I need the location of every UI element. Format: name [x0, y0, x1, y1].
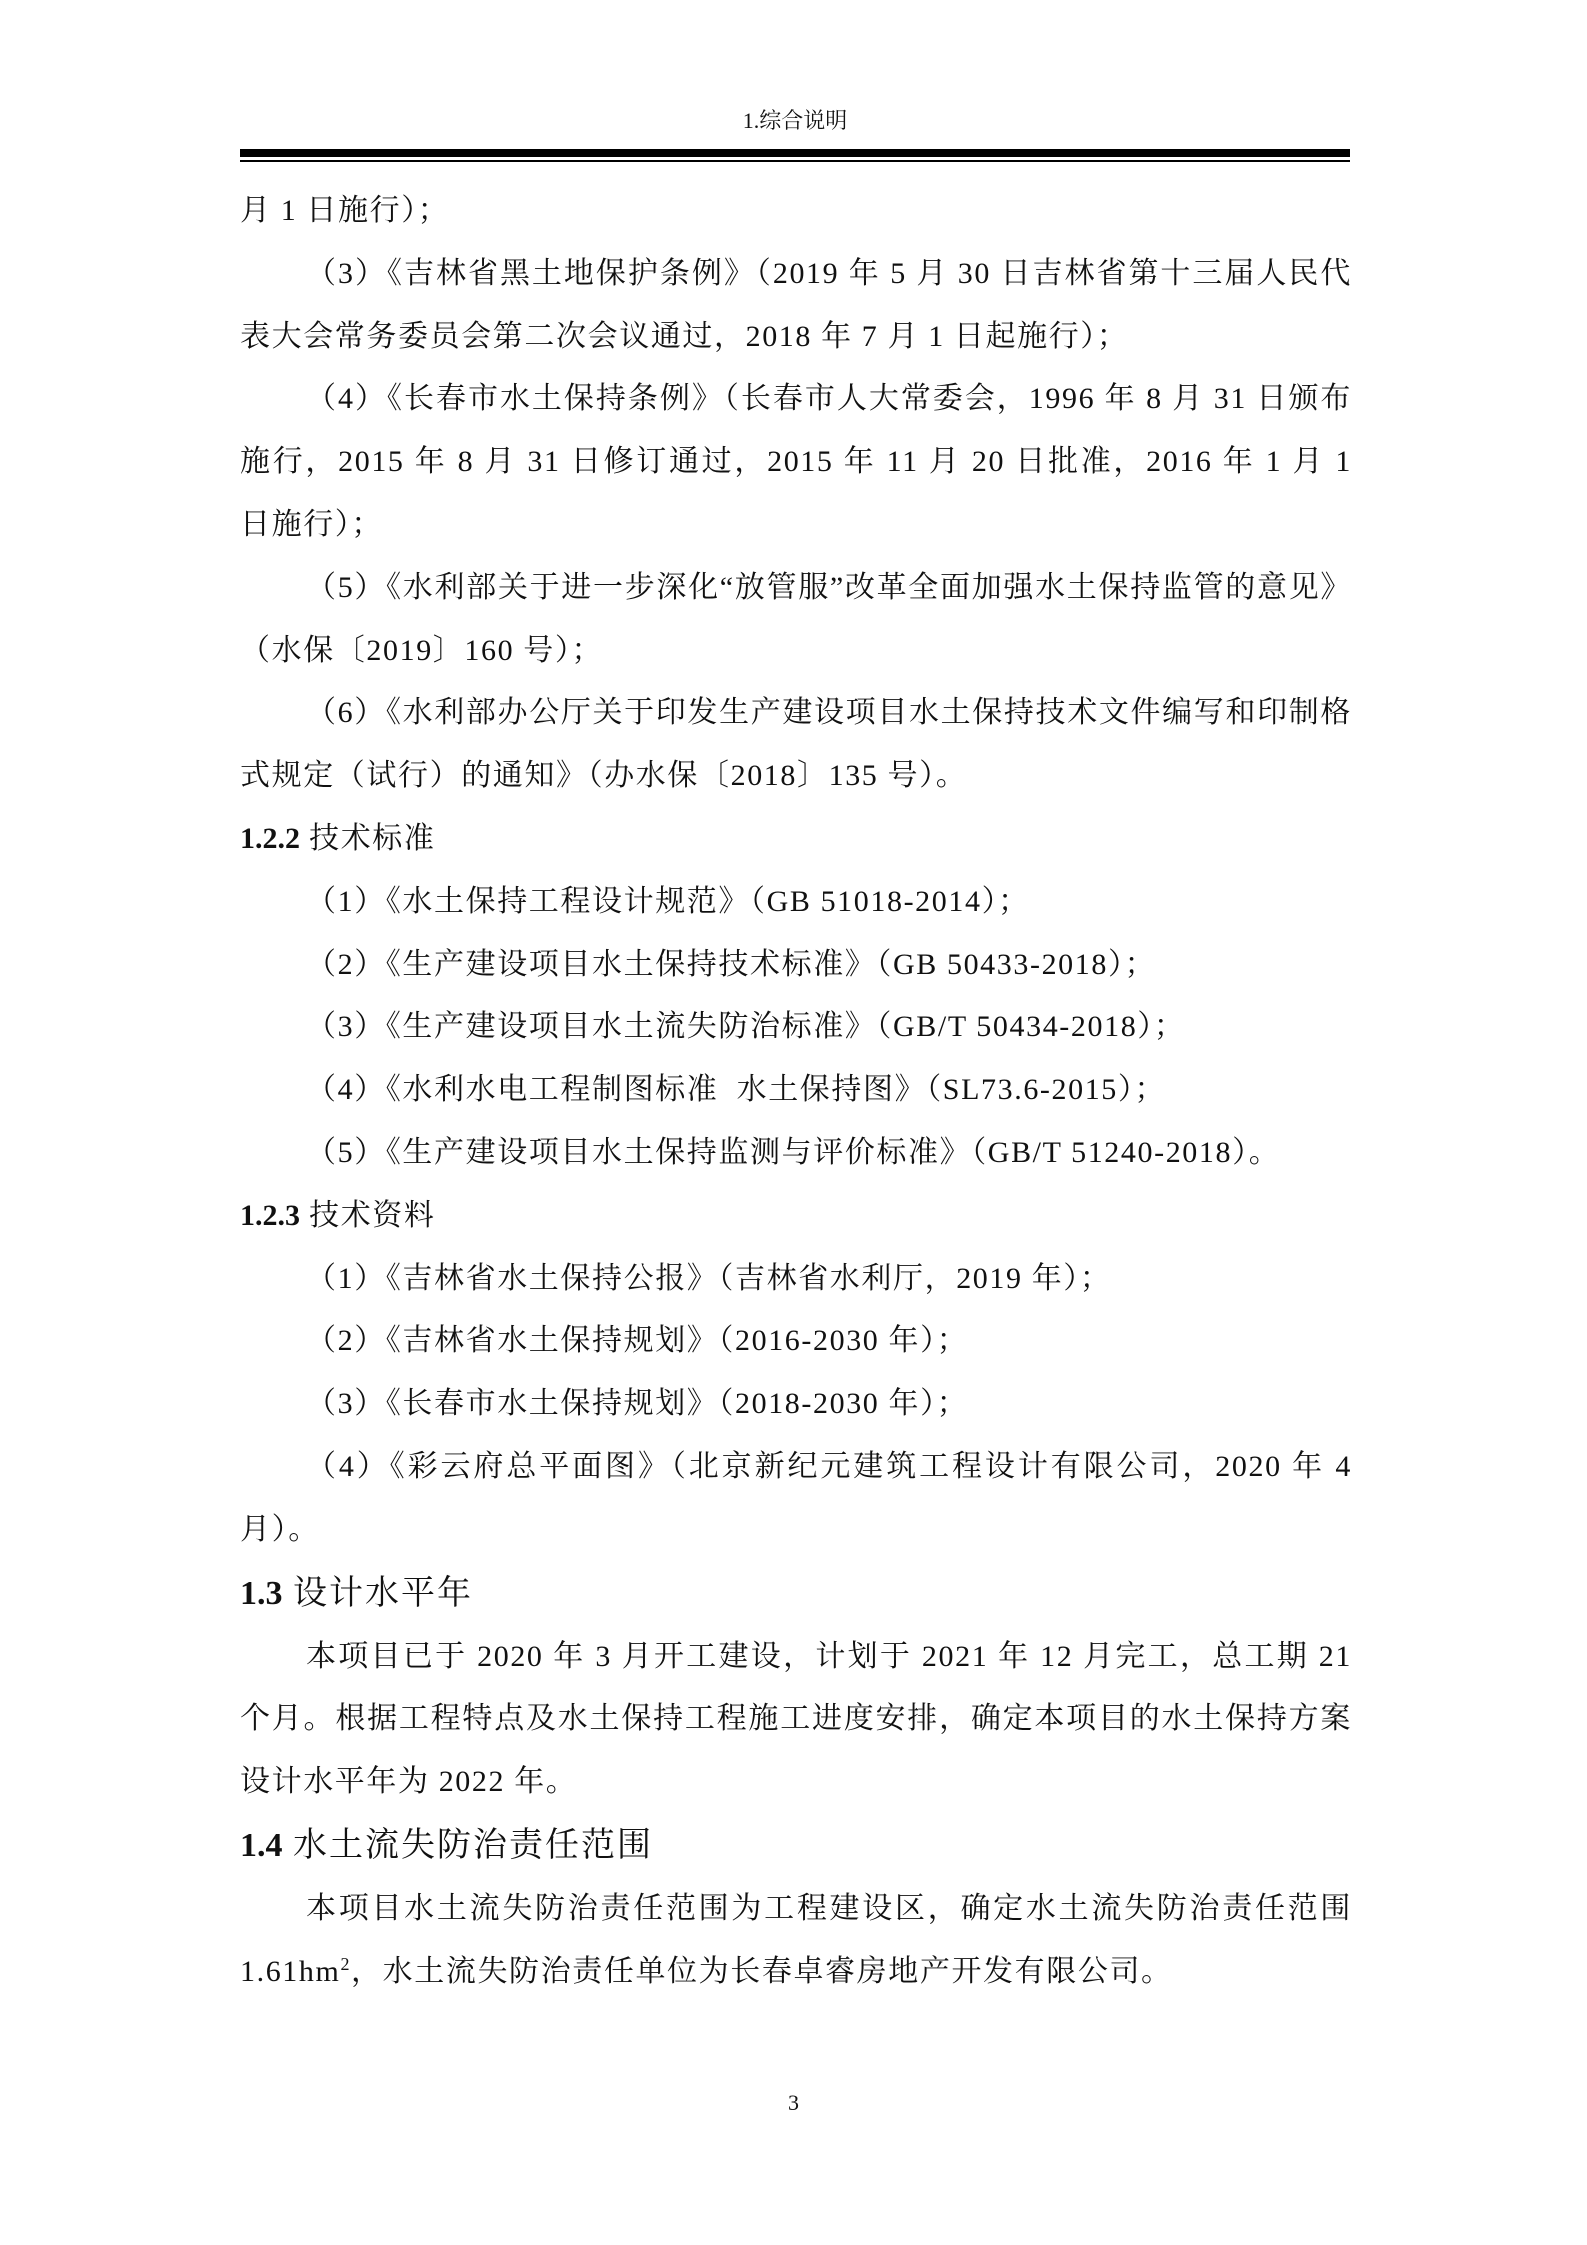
item-label: （4） — [306, 382, 387, 415]
item-label: （4） — [306, 1450, 390, 1483]
section-number: 1.2.3 — [240, 1199, 300, 1232]
item-label: （3） — [306, 1387, 386, 1420]
item-text: 《生产建设项目水土保持技术标准》（GB 50433-2018）； — [386, 948, 1156, 981]
responsibility-scope-paragraph: 本项目水土流失防治责任范围为工程建设区，确定水土流失防治责任范围 1.61hm2… — [240, 1878, 1352, 2004]
reference-item-2: （2）《吉林省水土保持规划》（2016-2030 年）； — [240, 1310, 1352, 1373]
item-text: 《水利水电工程制图标准 水土保持图》（SL73.6-2015）； — [386, 1073, 1166, 1106]
item-label: （6） — [306, 696, 386, 729]
standard-item-3: （3）《生产建设项目水土流失防治标准》（GB/T 50434-2018）； — [240, 996, 1352, 1059]
item-text: 《吉林省水土保持规划》（2016-2030 年）； — [386, 1324, 969, 1357]
regulation-item-3: （3）《吉林省黑土地保护条例》（2019 年 5 月 30 日吉林省第十三届人民… — [240, 243, 1352, 369]
standard-item-2: （2）《生产建设项目水土保持技术标准》（GB 50433-2018）； — [240, 934, 1352, 997]
paragraph-text: ，水土流失防治责任单位为长春卓睿房地产开发有限公司。 — [351, 1955, 1173, 1988]
standard-item-4: （4）《水利水电工程制图标准 水土保持图》（SL73.6-2015）； — [240, 1059, 1352, 1122]
page-body: 月 1 日施行）； （3）《吉林省黑土地保护条例》（2019 年 5 月 30 … — [240, 180, 1352, 2004]
section-number: 1.2.2 — [240, 822, 300, 855]
reference-item-4: （4）《彩云府总平面图》（北京新纪元建筑工程设计有限公司，2020 年 4 月）… — [240, 1436, 1352, 1562]
section-heading-1-2-3: 1.2.3 技术资料 — [240, 1185, 1352, 1248]
item-label: （5） — [306, 571, 386, 604]
item-text: 《水利部关于进一步深化“放管服”改革全面加强水土保持监管的意见》（水保〔2019… — [240, 571, 1352, 667]
item-label: （2） — [306, 1324, 386, 1357]
header-rule-thin — [240, 160, 1350, 162]
item-label: （3） — [306, 1010, 386, 1043]
reference-item-1: （1）《吉林省水土保持公报》（吉林省水利厅，2019 年）； — [240, 1248, 1352, 1311]
design-year-paragraph: 本项目已于 2020 年 3 月开工建设，计划于 2021 年 12 月完工，总… — [240, 1626, 1352, 1814]
item-label: （1） — [306, 885, 386, 918]
item-label: （1） — [306, 1262, 386, 1295]
regulation-item-6: （6）《水利部办公厅关于印发生产建设项目水土保持技术文件编写和印制格式规定（试行… — [240, 682, 1352, 808]
item-text: 《长春市水土保持规划》（2018-2030 年）； — [386, 1387, 969, 1420]
section-title: 设计水平年 — [293, 1575, 473, 1612]
section-title: 技术标准 — [309, 822, 435, 855]
regulation-item-5: （5）《水利部关于进一步深化“放管服”改革全面加强水土保持监管的意见》（水保〔2… — [240, 557, 1352, 683]
item-label: （2） — [306, 948, 386, 981]
item-text: 《吉林省黑土地保护条例》（2019 年 5 月 30 日吉林省第十三届人民代表大… — [240, 257, 1352, 353]
section-heading-1-4: 1.4 水土流失防治责任范围 — [240, 1814, 1352, 1878]
regulation-item-4: （4）《长春市水土保持条例》（长春市人大常委会，1996 年 8 月 31 日颁… — [240, 368, 1352, 556]
page-number: 3 — [0, 2088, 1587, 2118]
item-text: 《生产建设项目水土流失防治标准》（GB/T 50434-2018）； — [386, 1010, 1186, 1043]
item-text: 《长春市水土保持条例》（长春市人大常委会，1996 年 8 月 31 日颁布施行… — [240, 382, 1352, 541]
section-number: 1.4 — [240, 1827, 283, 1864]
section-heading-1-2-2: 1.2.2 技术标准 — [240, 808, 1352, 871]
item-text: 《水利部办公厅关于印发生产建设项目水土保持技术文件编写和印制格式规定（试行）的通… — [240, 696, 1352, 792]
item-text: 《水土保持工程设计规范》（GB 51018-2014）； — [386, 885, 1030, 918]
header-rule-thick — [240, 149, 1350, 157]
continued-line: 月 1 日施行）； — [240, 180, 1352, 243]
area-unit-superscript: 2 — [340, 1954, 351, 1974]
item-label: （5） — [306, 1136, 386, 1169]
item-label: （4） — [306, 1073, 386, 1106]
section-number: 1.3 — [240, 1575, 283, 1612]
standard-item-1: （1）《水土保持工程设计规范》（GB 51018-2014）； — [240, 871, 1352, 934]
item-text: 《吉林省水土保持公报》（吉林省水利厅，2019 年）； — [386, 1262, 1112, 1295]
section-heading-1-3: 1.3 设计水平年 — [240, 1562, 1352, 1626]
standard-item-5: （5）《生产建设项目水土保持监测与评价标准》（GB/T 51240-2018）。 — [240, 1122, 1352, 1185]
item-text: 《生产建设项目水土保持监测与评价标准》（GB/T 51240-2018）。 — [386, 1136, 1280, 1169]
item-label: （3） — [306, 257, 387, 290]
item-text: 《彩云府总平面图》（北京新纪元建筑工程设计有限公司，2020 年 4 月）。 — [240, 1450, 1352, 1546]
reference-item-3: （3）《长春市水土保持规划》（2018-2030 年）； — [240, 1373, 1352, 1436]
section-title: 技术资料 — [309, 1199, 435, 1232]
running-header: 1.综合说明 — [240, 106, 1350, 136]
section-title: 水土流失防治责任范围 — [293, 1827, 653, 1864]
